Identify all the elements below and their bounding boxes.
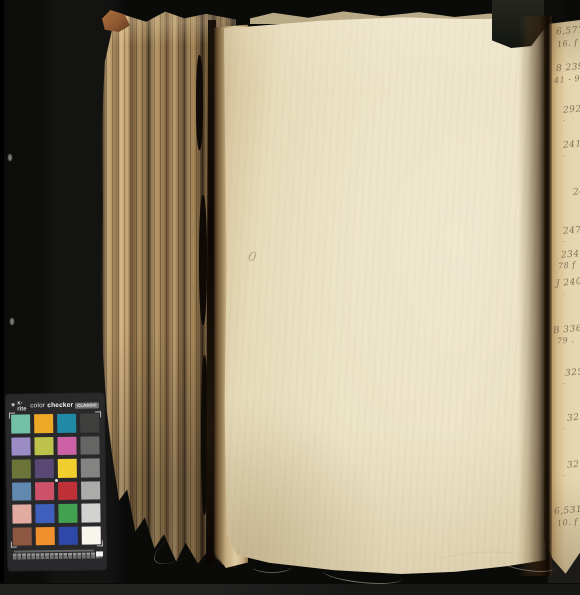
product-name-light: color [30,402,45,409]
handwritten-number: · [563,425,566,433]
colorchecker-card: ✳ x-rite colorchecker CLASSIC [6,393,106,570]
loose-thread [252,560,292,573]
color-patch [81,481,100,500]
color-patch [57,436,76,455]
xrite-logo-icon: ✳ [11,404,15,409]
blank-ledger-page: 0 [224,14,546,574]
page-gap-shadow [199,195,207,325]
handwritten-number: 246 [573,186,580,198]
handwritten-number: 79 . [556,335,574,345]
handwritten-number: 234 [561,249,580,261]
color-patch [35,482,54,501]
handwritten-number: 8 239 [555,62,580,74]
handwritten-number: J 240 [555,277,580,289]
color-patch [80,413,99,432]
color-patch [57,414,76,433]
color-patch [12,459,31,478]
handwritten-number: 16. f [557,38,578,49]
handwritten-number: 6,531 [553,505,580,517]
ruler-scale [12,552,102,559]
color-patch [12,482,31,501]
color-patch [12,504,31,523]
handwritten-number: 292 [563,104,580,116]
color-patch [11,414,30,433]
registration-dot [54,479,57,482]
color-patch [81,458,100,477]
handwritten-number: · [563,291,566,299]
handwritten-number: · [563,152,566,160]
color-patch [34,437,53,456]
handwritten-number: 325 [565,367,580,379]
handwritten-number: · [563,238,566,246]
frame-speck [8,154,12,161]
handwritten-number: · [563,117,566,125]
color-patch [11,437,30,456]
gutter-shadow [518,16,552,576]
color-patch [35,459,54,478]
color-patch [82,526,101,545]
handwritten-number: 6,5774 [555,25,580,38]
handwritten-number: 41 - 9 [554,74,580,85]
colorchecker-header: ✳ x-rite colorchecker CLASSIC [6,393,104,412]
color-patch [58,481,77,500]
classic-badge: CLASSIC [75,402,99,408]
color-patch [59,526,78,545]
color-patch [36,527,55,546]
page-gap-shadow [196,55,203,150]
handwritten-number: 321 [567,412,580,424]
handwritten-number: 321 [567,459,580,471]
color-patch [80,436,99,455]
handwritten-number: 10. f [557,517,578,528]
handwritten-number: · [563,380,566,388]
product-name-bold: checker [47,402,73,409]
color-patch [81,503,100,522]
color-patch [34,414,53,433]
color-patch [13,527,32,546]
color-patch [35,504,54,523]
table-surface-edge [0,583,580,595]
xrite-brand: ✳ x-rite [11,400,30,412]
archival-photo-stage: 0 6,577416. f8 23941 - 9292·241·246247·2… [0,0,580,595]
colorchecker-product: colorchecker CLASSIC [30,401,99,409]
ruler-endcap [96,551,103,556]
handwritten-number: 78 f [558,260,576,271]
handwritten-number: B 336 [552,324,580,337]
faint-pencil-mark: 0 [247,249,258,265]
color-patch [58,504,77,523]
handwritten-number: · [563,472,566,480]
handwritten-number: 241 [563,139,580,151]
xrite-brand-label: x-rite [17,400,30,412]
color-patch [58,459,77,478]
frame-speck [10,318,14,325]
handwritten-number: 247 [563,225,580,237]
